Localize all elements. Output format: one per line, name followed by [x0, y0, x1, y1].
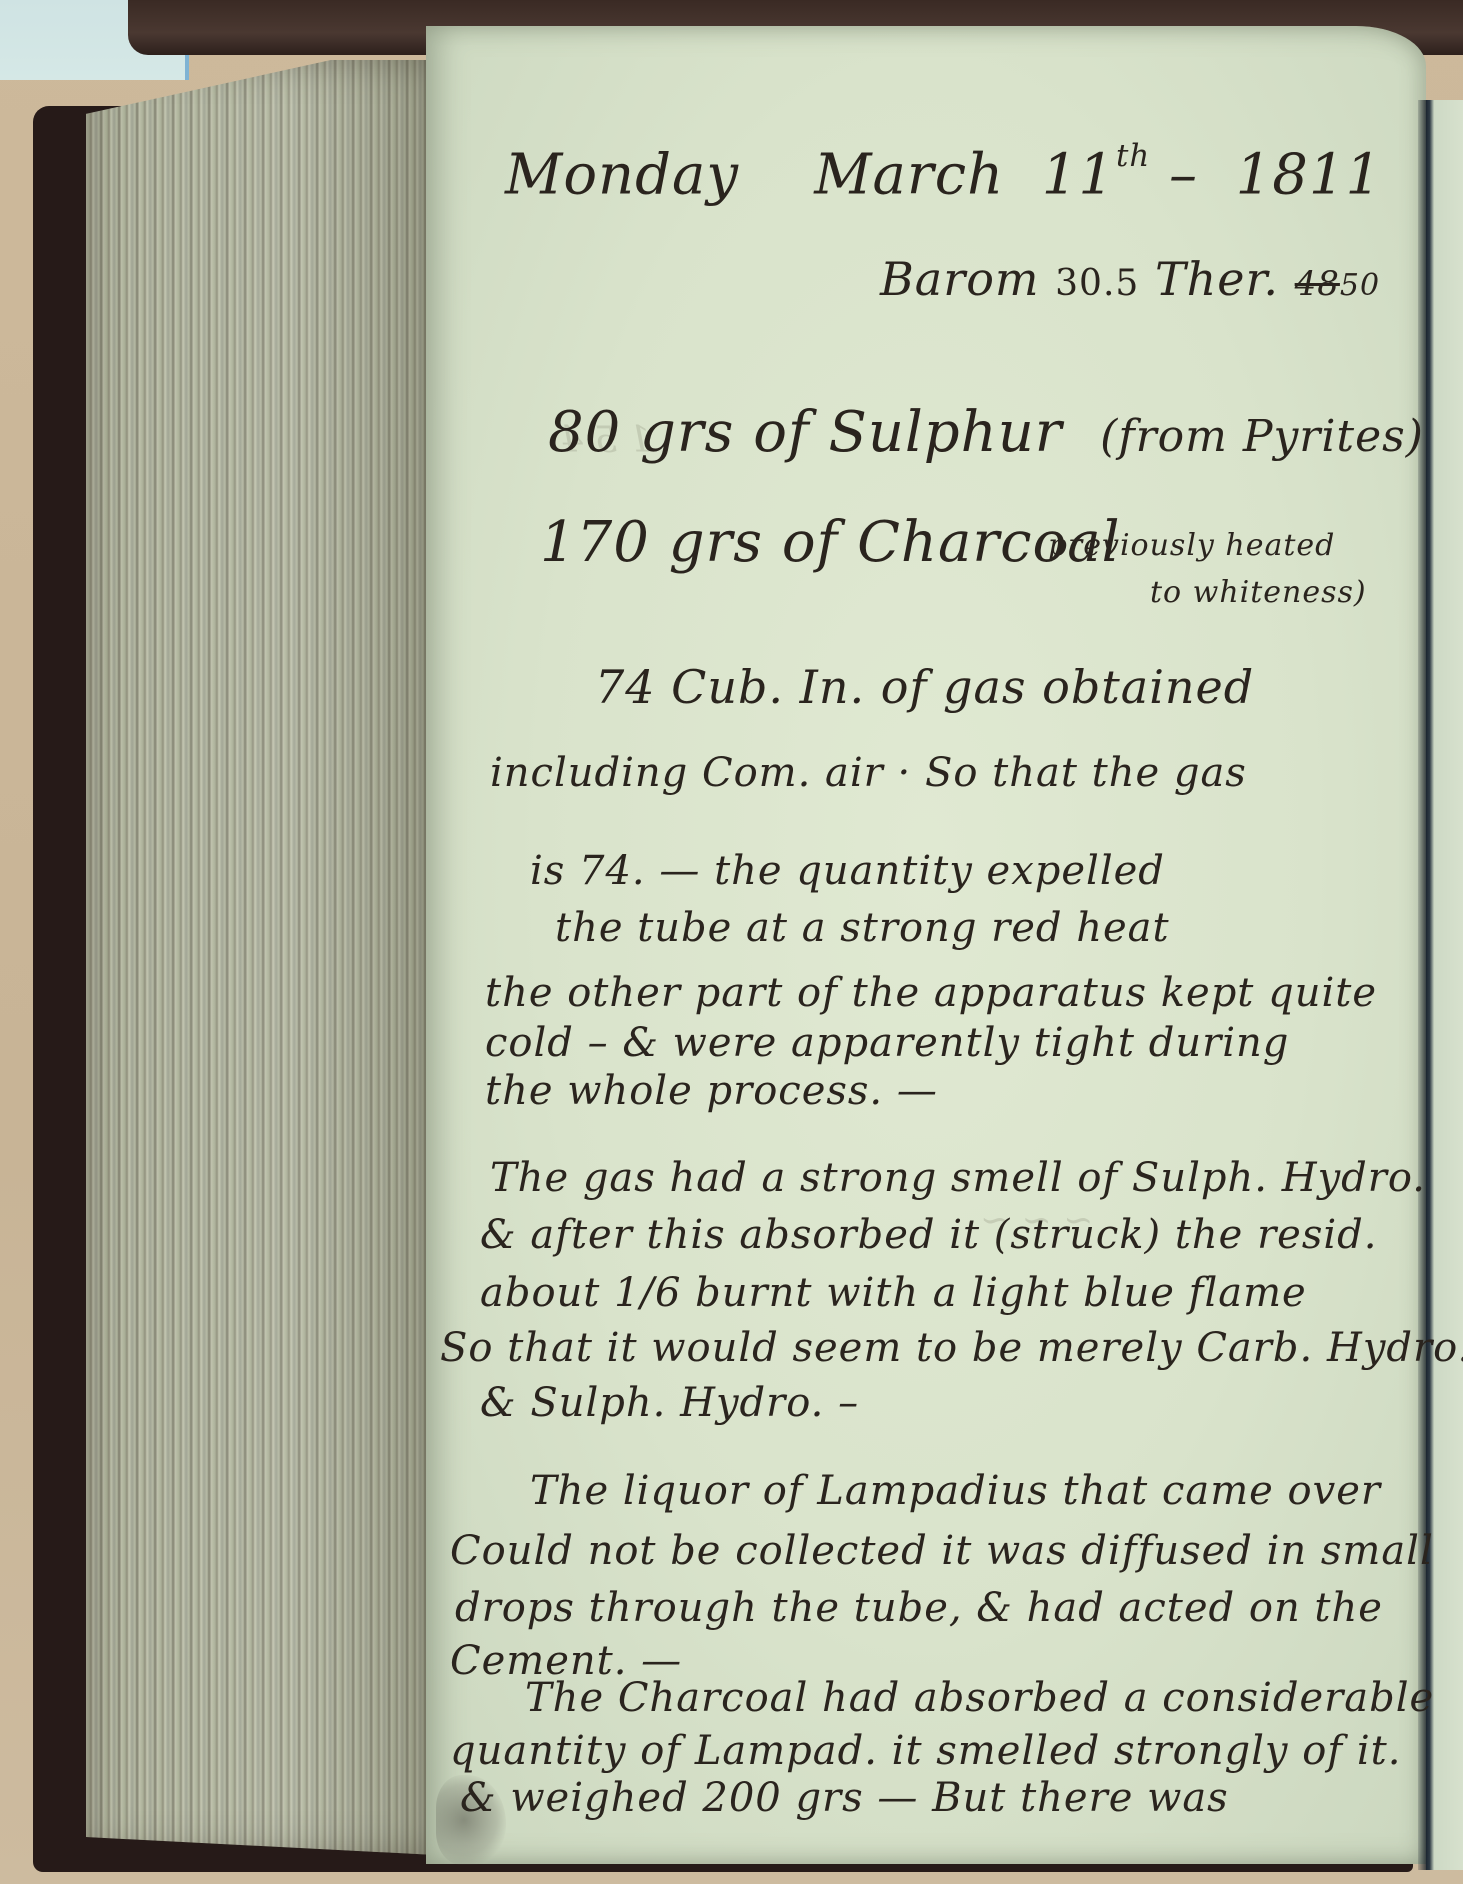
ingredient-note-line2: to whiteness)	[1150, 575, 1367, 610]
body-line: cold – & were apparently tight during	[485, 1020, 1289, 1066]
body-line: quantity of Lampad. it smelled strongly …	[450, 1728, 1401, 1774]
year: 1811	[1236, 143, 1383, 208]
body-line: 74 Cub. In. of gas obtained	[595, 660, 1254, 714]
body-line: & Sulph. Hydro. –	[480, 1380, 859, 1426]
body-line: the other part of the apparatus kept qui…	[485, 970, 1377, 1016]
body-line: including Com. air · So that the gas	[490, 750, 1247, 796]
body-line: The Charcoal had absorbed a considerable	[525, 1675, 1434, 1721]
barometer-label: Barom	[880, 252, 1040, 306]
body-line: The liquor of Lampadius that came over	[530, 1468, 1381, 1514]
date-dash: –	[1169, 143, 1198, 208]
thermometer-struck-value: 48	[1295, 264, 1340, 304]
thermometer-label: Ther.	[1155, 252, 1279, 306]
body-line: & after this absorbed it (struck) the re…	[480, 1212, 1378, 1258]
month: March	[814, 143, 1004, 208]
ingredient-sulphur: 80 grs of Sulphur (from Pyrites)	[548, 400, 1424, 465]
weekday: Monday	[505, 143, 739, 208]
ingredient-charcoal: 170 grs of Charcoal	[540, 510, 1121, 575]
weather-line: Barom 30.5 Ther. 4850	[880, 252, 1380, 306]
body-line: drops through the tube, & had acted on t…	[455, 1585, 1383, 1631]
opposite-page-edge	[1426, 100, 1463, 1870]
body-line: is 74. — the quantity expelled	[530, 848, 1165, 894]
ingredient-note: (from Pyrites)	[1100, 411, 1424, 462]
body-line: about 1/6 burnt with a light blue flame	[480, 1270, 1307, 1316]
body-line: The gas had a strong smell of Sulph. Hyd…	[490, 1155, 1426, 1201]
date-line: Monday March 11th – 1811	[505, 138, 1382, 208]
thermometer-value: 50	[1340, 268, 1380, 303]
body-line: & weighed 200 grs — But there was	[460, 1775, 1229, 1821]
body-line: So that it would seem to be merely Carb.…	[440, 1325, 1463, 1371]
body-line: the whole process. —	[485, 1068, 938, 1114]
book-page-edges	[86, 60, 436, 1855]
body-line: the tube at a strong red heat	[555, 905, 1170, 951]
day: 11	[1042, 143, 1115, 208]
barometer-value: 30.5	[1055, 263, 1139, 304]
body-line: Could not be collected it was diffused i…	[450, 1528, 1434, 1574]
ingredient-note-line1: (previously heated	[1035, 528, 1335, 563]
day-suffix: th	[1116, 138, 1150, 174]
